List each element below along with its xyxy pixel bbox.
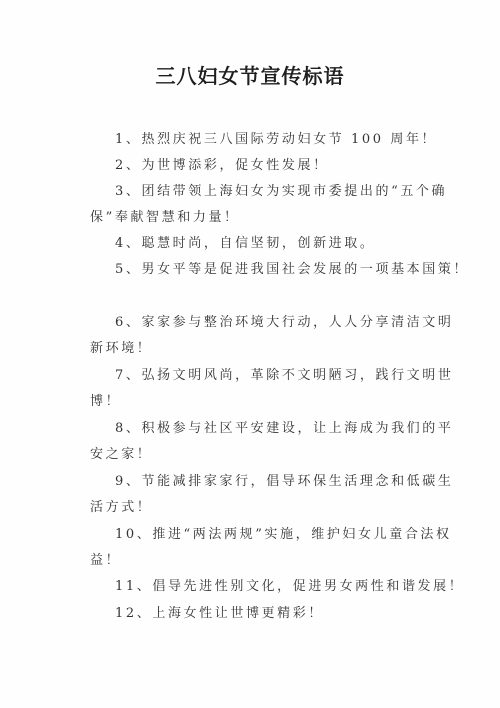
slogan-item-1: 1、热烈庆祝三八国际劳动妇女节 100 周年！ [115,131,437,149]
slogan-item-7-continuation: 博！ [90,393,121,411]
slogan-item-3: 3、团结带领上海妇女为实现市委提出的“五个确 [115,183,447,201]
slogan-item-4: 4、聪慧时尚，自信坚韧，创新进取。 [115,235,375,253]
slogan-item-12: 12、上海女性让世博更精彩！ [115,605,324,623]
slogan-item-3-continuation: 保”奉献智慧和力量！ [90,209,240,227]
page-title: 三八妇女节宣传标语 [0,62,500,90]
slogan-item-5: 5、男女平等是促进我国社会发展的一项基本国策！ [115,261,469,279]
slogan-item-10-continuation: 益！ [90,552,121,570]
document-page: 三八妇女节宣传标语 1、热烈庆祝三八国际劳动妇女节 100 周年！ 2、为世博添… [0,0,500,708]
slogan-item-6: 6、家家参与整治环境大行动，人人分享清洁文明 [115,314,453,332]
slogan-item-9: 9、节能减排家家行，倡导环保生活理念和低碳生 [115,473,453,491]
slogan-item-7: 7、弘扬文明风尚，革除不文明陋习，践行文明世 [115,367,453,385]
slogan-item-9-continuation: 活方式！ [90,499,152,517]
slogan-item-11: 11、倡导先进性别文化，促进男女两性和谐发展！ [115,578,464,596]
slogan-item-8-continuation: 安之家！ [90,446,152,464]
slogan-item-8: 8、积极参与社区平安建设，让上海成为我们的平 [115,420,453,438]
slogan-item-6-continuation: 新环境！ [90,340,152,358]
slogan-item-2: 2、为世博添彩，促女性发展！ [115,157,329,175]
slogan-item-10: 10、推进“两法两规”实施，维护妇女儿童合法权 [115,526,452,544]
